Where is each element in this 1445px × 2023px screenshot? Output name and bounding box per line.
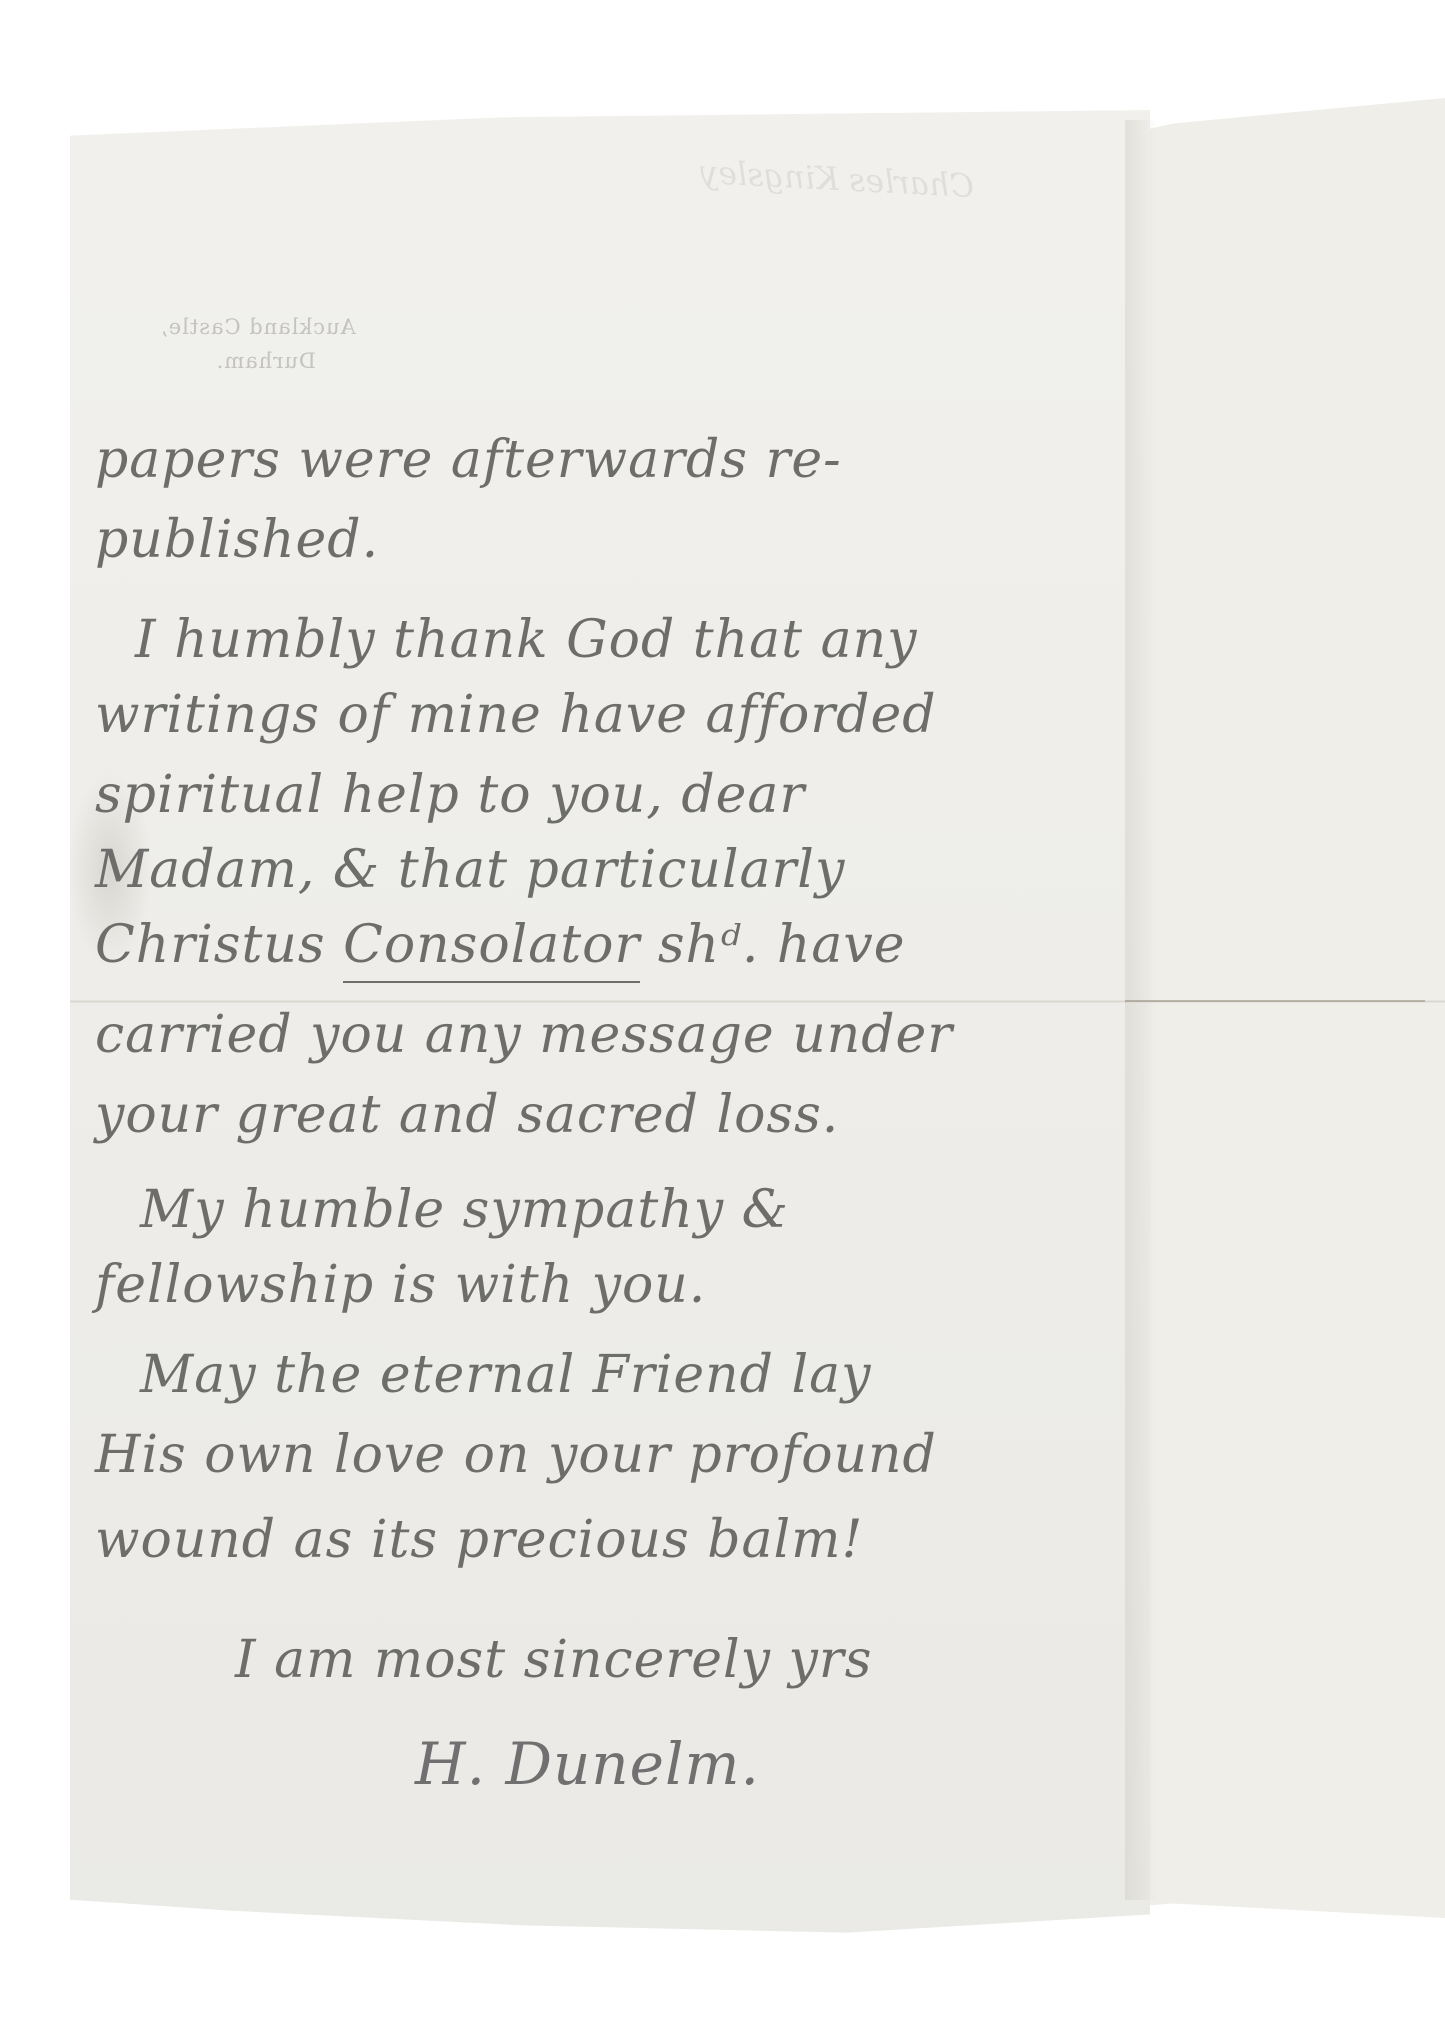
body-line-6: Madam, & that particularly <box>95 840 845 900</box>
body-line-10: My humble sympathy & <box>140 1180 789 1240</box>
body-line-14: wound as its precious balm! <box>95 1510 863 1570</box>
body-line-4: writings of mine have afforded <box>95 685 937 745</box>
body-line-13: His own love on your profound <box>95 1425 937 1485</box>
letterhead-line-1: Auckland Castle, <box>160 310 356 344</box>
body-line-1: papers were afterwards re- <box>95 430 842 490</box>
body-line-9: your great and sacred loss. <box>95 1085 839 1145</box>
embossed-letterhead: Auckland Castle, Durham. <box>160 310 356 378</box>
horizontal-fold-crease <box>70 1000 1445 1003</box>
title-remainder: shᵈ. have <box>640 915 905 975</box>
letterhead-line-2: Durham. <box>160 344 356 378</box>
body-line-5: spiritual help to you, dear <box>95 765 805 825</box>
signature: H. Dunelm. <box>415 1730 760 1798</box>
body-line-2: published. <box>95 510 379 570</box>
body-line-7: Christus Consolator shᵈ. have <box>95 915 906 975</box>
body-line-3: I humbly thank God that any <box>135 610 917 670</box>
right-leaf-page <box>1125 98 1445 1918</box>
page-spine-shadow <box>1125 120 1161 1900</box>
closing-line: I am most sincerely yrs <box>235 1630 872 1690</box>
body-line-11: fellowship is with you. <box>95 1255 706 1315</box>
underlined-title-word: Consolator <box>343 915 640 983</box>
body-line-12: May the eternal Friend lay <box>140 1345 871 1405</box>
body-line-8: carried you any message under <box>95 1005 953 1065</box>
title-christus: Christus <box>95 915 343 975</box>
